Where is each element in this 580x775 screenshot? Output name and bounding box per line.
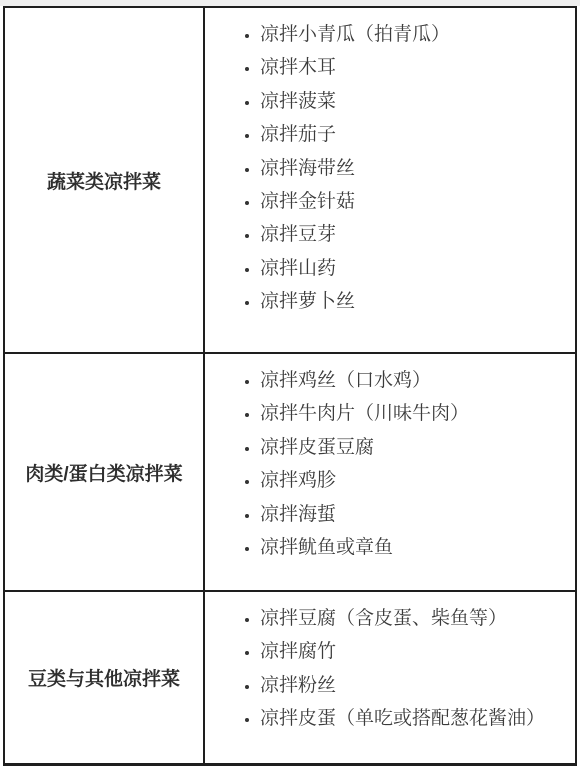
table-row: 豆类与其他凉拌菜 凉拌豆腐（含皮蛋、柴鱼等） 凉拌腐竹 凉拌粉丝 凉拌皮蛋（单吃… — [5, 590, 575, 763]
dish-item: 凉拌鱿鱼或章鱼 — [260, 531, 565, 564]
dish-item: 凉拌粉丝 — [260, 669, 565, 702]
dish-item: 凉拌萝卜丝 — [260, 285, 565, 318]
dish-item: 凉拌腐竹 — [260, 635, 565, 668]
category-cell: 蔬菜类凉拌菜 — [5, 8, 205, 352]
dish-item: 凉拌海带丝 — [260, 152, 565, 185]
dish-list: 凉拌小青瓜（拍青瓜） 凉拌木耳 凉拌菠菜 凉拌茄子 凉拌海带丝 凉拌金针菇 凉拌… — [220, 18, 565, 319]
page: 蔬菜类凉拌菜 凉拌小青瓜（拍青瓜） 凉拌木耳 凉拌菠菜 凉拌茄子 凉拌海带丝 凉… — [0, 0, 580, 775]
dish-item: 凉拌小青瓜（拍青瓜） — [260, 18, 565, 51]
dish-item: 凉拌菠菜 — [260, 85, 565, 118]
table-row: 肉类/蛋白类凉拌菜 凉拌鸡丝（口水鸡） 凉拌牛肉片（川味牛肉） 凉拌皮蛋豆腐 凉… — [5, 352, 575, 590]
dish-item: 凉拌牛肉片（川味牛肉） — [260, 397, 565, 430]
dish-item: 凉拌金针菇 — [260, 185, 565, 218]
items-cell: 凉拌鸡丝（口水鸡） 凉拌牛肉片（川味牛肉） 凉拌皮蛋豆腐 凉拌鸡胗 凉拌海蜇 凉… — [205, 354, 575, 590]
dish-item: 凉拌鸡胗 — [260, 464, 565, 497]
dish-item: 凉拌海蜇 — [260, 498, 565, 531]
dish-item: 凉拌山药 — [260, 252, 565, 285]
dish-item: 凉拌皮蛋豆腐 — [260, 431, 565, 464]
items-cell: 凉拌豆腐（含皮蛋、柴鱼等） 凉拌腐竹 凉拌粉丝 凉拌皮蛋（单吃或搭配葱花酱油） — [205, 592, 575, 763]
dish-item: 凉拌豆芽 — [260, 218, 565, 251]
items-cell: 凉拌小青瓜（拍青瓜） 凉拌木耳 凉拌菠菜 凉拌茄子 凉拌海带丝 凉拌金针菇 凉拌… — [205, 8, 575, 352]
dish-item: 凉拌木耳 — [260, 51, 565, 84]
dish-item: 凉拌鸡丝（口水鸡） — [260, 364, 565, 397]
dish-item: 凉拌豆腐（含皮蛋、柴鱼等） — [260, 602, 565, 635]
dish-list: 凉拌鸡丝（口水鸡） 凉拌牛肉片（川味牛肉） 凉拌皮蛋豆腐 凉拌鸡胗 凉拌海蜇 凉… — [220, 364, 565, 564]
dish-item: 凉拌皮蛋（单吃或搭配葱花酱油） — [260, 702, 565, 735]
category-cell: 肉类/蛋白类凉拌菜 — [5, 354, 205, 590]
category-cell: 豆类与其他凉拌菜 — [5, 592, 205, 763]
dish-item: 凉拌茄子 — [260, 118, 565, 151]
cold-dish-table: 蔬菜类凉拌菜 凉拌小青瓜（拍青瓜） 凉拌木耳 凉拌菠菜 凉拌茄子 凉拌海带丝 凉… — [3, 6, 577, 766]
table-row: 蔬菜类凉拌菜 凉拌小青瓜（拍青瓜） 凉拌木耳 凉拌菠菜 凉拌茄子 凉拌海带丝 凉… — [5, 8, 575, 352]
dish-list: 凉拌豆腐（含皮蛋、柴鱼等） 凉拌腐竹 凉拌粉丝 凉拌皮蛋（单吃或搭配葱花酱油） — [220, 602, 565, 736]
